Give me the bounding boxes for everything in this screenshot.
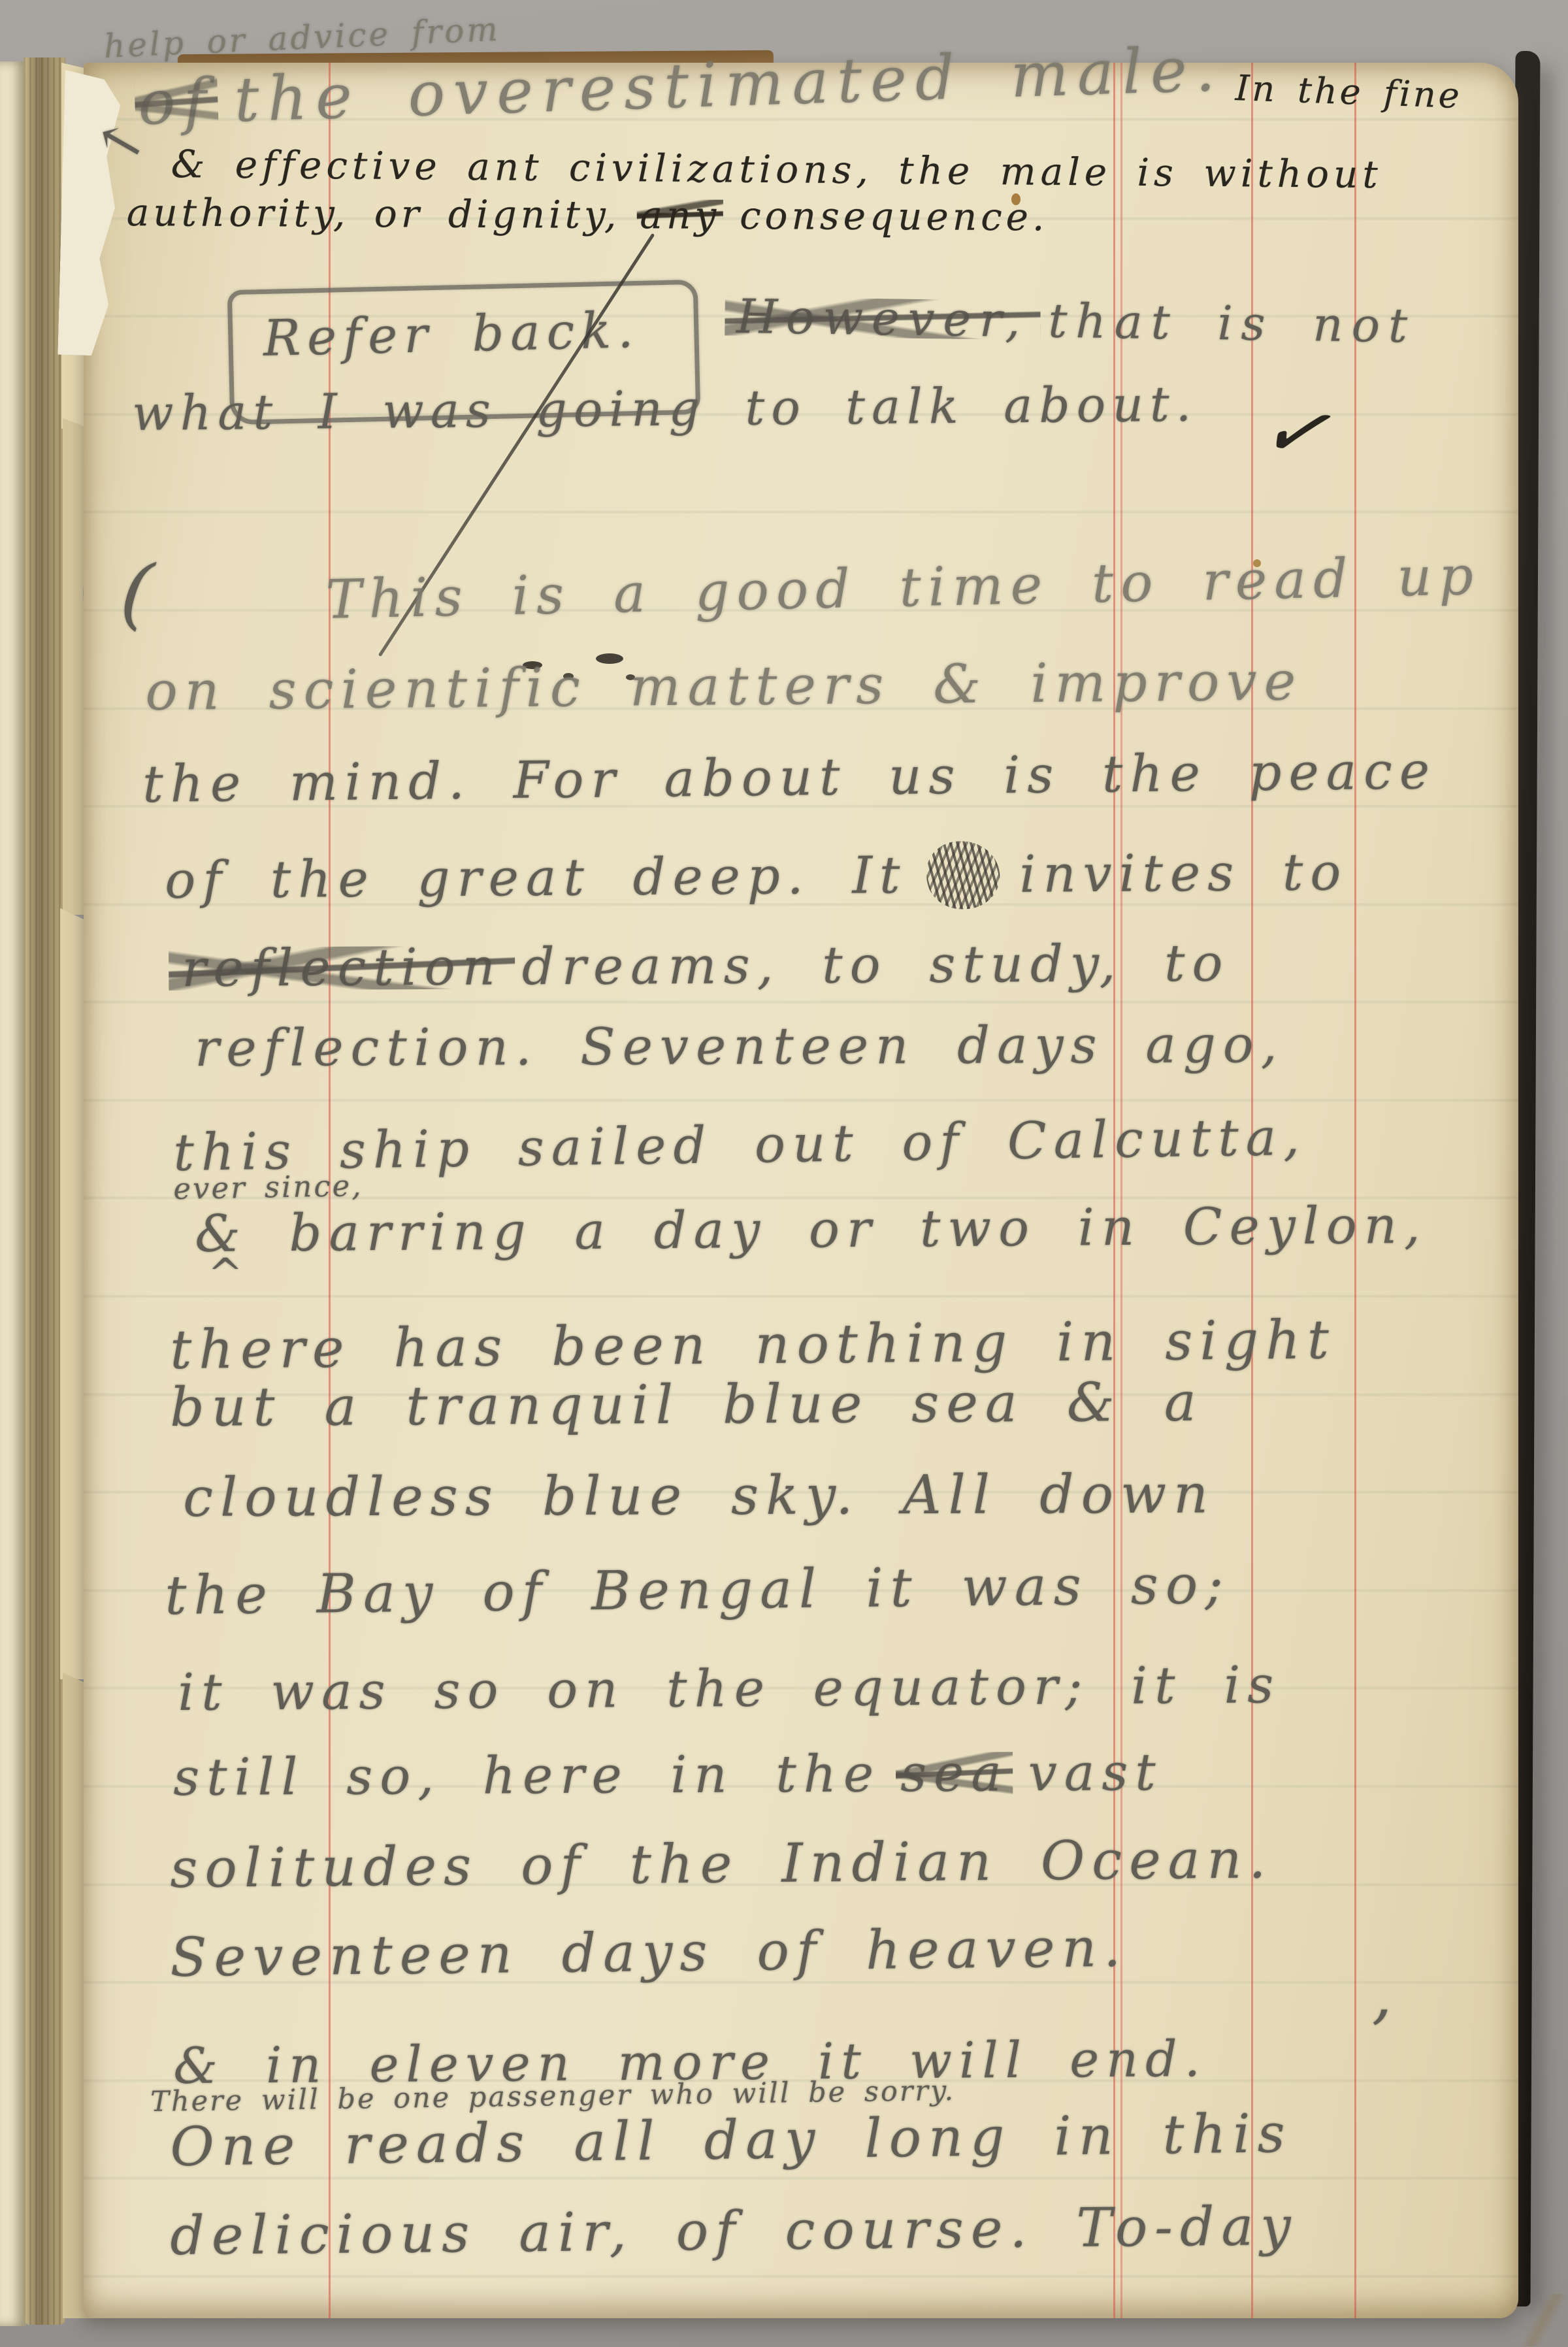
paper-crease: [1488, 2294, 1568, 2346]
line-text: that is not: [1048, 297, 1416, 350]
handwritten-line: there has been nothing in sight: [170, 1313, 1336, 1377]
ink-text: consequence.: [740, 197, 1049, 236]
handwritten-line: However,that is not: [736, 293, 1416, 350]
scribbled-word: of: [137, 71, 216, 135]
handwritten-line: what I was going to talk about.: [132, 380, 1198, 438]
ink-text: authority, or dignity,: [127, 193, 621, 234]
scribbled-word: However,: [736, 293, 1029, 344]
handwritten-line: still so, here in theseavast: [173, 1747, 1163, 1803]
book-spine: [24, 57, 65, 2325]
line-text: invites to: [1019, 847, 1348, 900]
handwritten-line: it was so on the equator; it is: [178, 1660, 1281, 1718]
scribbled-word: any: [640, 196, 720, 235]
handwritten-line: cloudless blue sky. All down: [183, 1468, 1215, 1525]
red-column-rule: [1354, 63, 1356, 2318]
ink-insert-line: authority, or dignity,anyconsequence.: [127, 193, 1049, 236]
line-text: of the great deep. It: [165, 850, 907, 906]
stray-comma-mark: ,: [1372, 1963, 1392, 2026]
line-text: dreams, to study, to: [522, 938, 1230, 993]
scribbled-out-word: [926, 841, 1000, 910]
handwritten-line: solitudes of the Indian Ocean.: [170, 1833, 1273, 1896]
scribbled-word: reflection: [182, 942, 502, 994]
handwritten-line: Seventeen days of heaven.: [170, 1922, 1128, 1985]
red-column-rule: [1251, 63, 1253, 2318]
handwritten-line: reflection. Seventeen days ago,: [195, 1019, 1284, 1074]
handwritten-line: of the great deep. Itinvites to: [165, 838, 1348, 915]
scribbled-word: sea: [900, 1748, 1009, 1799]
notebook-scan: { "colors": { "background": "#9e9b97", "…: [0, 0, 1568, 2347]
handwritten-line: but a tranquil blue sea & a: [170, 1376, 1203, 1435]
handwritten-line: delicious air, of course. To-day: [170, 2200, 1298, 2263]
ink-insert-line: & effective ant civilizations, the male …: [171, 145, 1382, 193]
facing-page-edge: [0, 61, 26, 2326]
handwritten-line: & barring a day or two in Ceylon,: [195, 1200, 1428, 1260]
handwritten-line: on scientific matters & improve: [145, 655, 1303, 719]
boxed-note-text: Refer back.: [263, 305, 640, 363]
ink-phrase-right: In the fine: [1235, 71, 1463, 114]
handwritten-line: the mind. For about us is the peace: [142, 746, 1437, 810]
line-text: still so, here in the: [173, 1748, 881, 1803]
handwritten-line: One reads all day long in this: [170, 2107, 1292, 2175]
caret-mark: ^: [208, 1253, 243, 1295]
handwritten-interline-note: ever since,: [173, 1171, 363, 1204]
handwritten-line: reflectiondreams, to study, to: [182, 938, 1230, 994]
handwritten-line: the Bay of Bengal it was so;: [165, 1558, 1230, 1623]
line-text: vast: [1028, 1747, 1163, 1799]
